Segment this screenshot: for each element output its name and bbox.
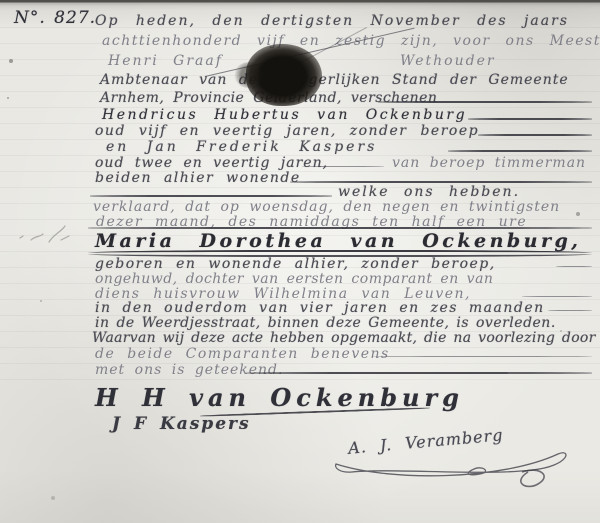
line-comparant1-age: oud vijf en veertig jaren, zonder beroep — [95, 123, 479, 139]
ink-fill-line — [448, 150, 592, 152]
line-death-day: verklaard, dat op woensdag, den negen en… — [93, 199, 560, 215]
line-official-title: Wethouder — [400, 53, 496, 69]
ink-fill-line — [378, 101, 592, 103]
ink-fill-line — [246, 372, 592, 374]
line-closing-comparants: de beide Comparanten benevens — [95, 346, 390, 362]
line-deceased-name: Maria Dorothea van Ockenburg, — [95, 230, 581, 252]
line-closing-formula: Waarvan wij deze acte hebben opgemaakt, … — [92, 330, 596, 346]
ink-fill-line — [468, 118, 592, 120]
scanned-death-record-page: N°. 827. Op heden, den dertigsten Novemb… — [0, 0, 600, 523]
ink-fill-line — [478, 134, 592, 136]
ink-fill-line — [522, 296, 592, 297]
line-signed-formula: met ons is geteekend. — [95, 362, 283, 378]
ink-specks — [0, 0, 2, 2]
margin-pencil-mark — [16, 220, 76, 248]
ink-fill-line — [548, 310, 592, 311]
line-death-place: in de Weerdjesstraat, binnen deze Gemeen… — [95, 315, 556, 331]
line-comparant2-occupation: van beroep timmerman — [392, 155, 586, 171]
line-date: Op heden, den dertigsten November des ja… — [95, 13, 569, 29]
ink-fill-line — [90, 195, 332, 197]
line-comparant1-name: Hendricus Hubertus van Ockenburg — [102, 107, 467, 123]
line-deceased-age: in den ouderdom van vier jaren en zes ma… — [95, 300, 545, 316]
signature-comparant2: J F Kaspers — [112, 414, 251, 434]
ink-fill-line — [302, 166, 384, 167]
line-deceased-parents: ongehuwd, dochter van eersten comparant … — [95, 271, 493, 287]
line-comparant2-age: oud twee en veertig jaren, — [95, 155, 328, 171]
line-residence: beiden alhier wonende — [95, 170, 301, 186]
act-number: N°. 827. — [14, 8, 96, 28]
emphasis-rule — [88, 227, 592, 229]
line-official-name: Henri Graaf — [108, 53, 223, 69]
ink-blot — [246, 44, 322, 106]
line-comparant2-name: en Jan Frederik Kaspers — [106, 139, 377, 155]
signature-flourish — [332, 442, 588, 490]
line-deceased-birth: geboren en wonende alhier, zonder beroep… — [95, 256, 496, 272]
line-declaration-intro: welke ons hebben. — [338, 184, 520, 200]
ink-fill-line — [290, 181, 592, 183]
line-registrar: Ambtenaar van den Burgerlijken Stand der… — [100, 72, 569, 88]
ink-fill-line — [372, 356, 592, 357]
